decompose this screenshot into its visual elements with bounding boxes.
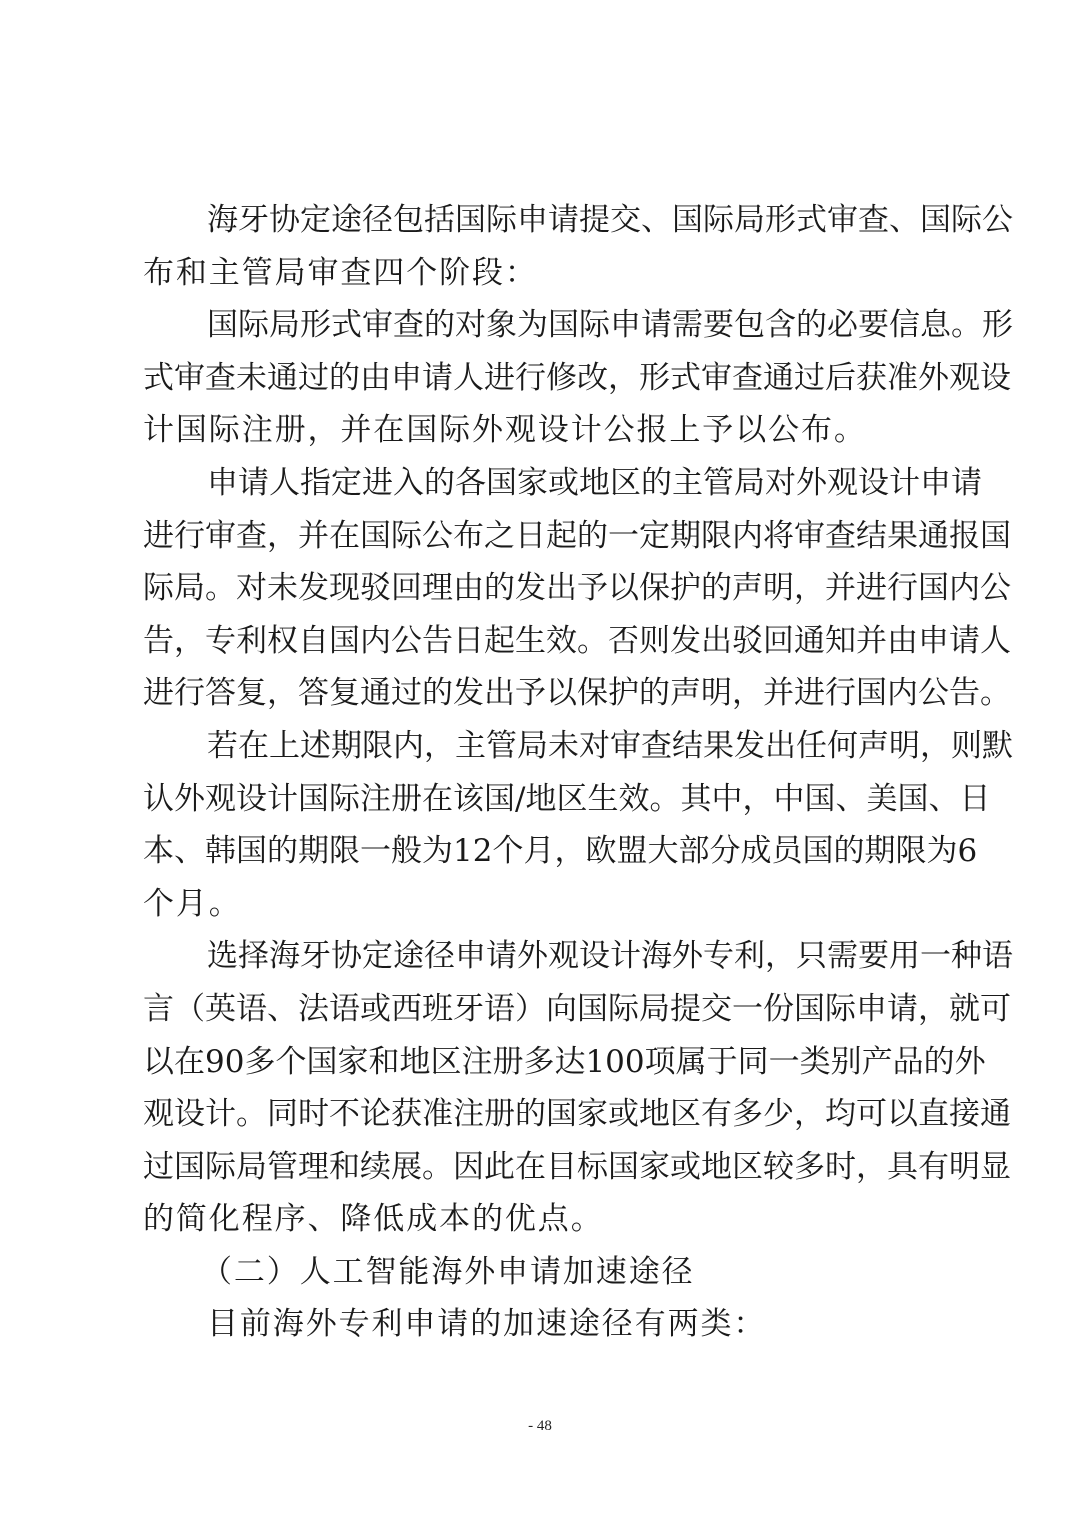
paragraph: 国际局形式审查的对象为国际申请需要包含的必要信息。形 式审查未通过的由申请人进行… (143, 299, 945, 457)
text-line: 计国际注册，并在国际外观设计公报上予以公布。 (143, 404, 945, 457)
text-line: 言（英语、法语或西班牙语）向国际局提交一份国际申请，就可 (143, 983, 945, 1036)
paragraph: 申请人指定进入的各国家或地区的主管局对外观设计申请 进行审查，并在国际公布之日起… (143, 457, 945, 720)
text-line: 告，专利权自国内公告日起生效。否则发出驳回通知并由申请人 (143, 615, 945, 668)
text-line: 国际局形式审查的对象为国际申请需要包含的必要信息。形 (143, 299, 945, 352)
text-line: 进行审查，并在国际公布之日起的一定期限内将审查结果通报国 (143, 510, 945, 563)
document-page: 海牙协定途径包括国际申请提交、国际局形式审查、国际公 布和主管局审查四个阶段： … (143, 194, 945, 1351)
page-number: - 48 (0, 1418, 1080, 1435)
text-line: 目前海外专利申请的加速途径有两类： (143, 1298, 945, 1351)
text-line: 式审查未通过的由申请人进行修改，形式审查通过后获准外观设 (143, 352, 945, 405)
text-line: 选择海牙协定途径申请外观设计海外专利，只需要用一种语 (143, 930, 945, 983)
text-line: 认外观设计国际注册在该国/地区生效。其中，中国、美国、日 (143, 773, 945, 826)
text-line: 过国际局管理和续展。因此在目标国家或地区较多时，具有明显 (143, 1141, 945, 1194)
paragraph: 若在上述期限内，主管局未对审查结果发出任何声明，则默 认外观设计国际注册在该国/… (143, 720, 945, 930)
text-line: 观设计。同时不论获准注册的国家或地区有多少，均可以直接通 (143, 1088, 945, 1141)
text-line: 个月。 (143, 878, 945, 931)
text-line: 布和主管局审查四个阶段： (143, 247, 945, 300)
text-line: 的简化程序、降低成本的优点。 (143, 1193, 945, 1246)
text-line: 以在90多个国家和地区注册多达100项属于同一类别产品的外 (143, 1036, 945, 1089)
text-line: 海牙协定途径包括国际申请提交、国际局形式审查、国际公 (143, 194, 945, 247)
text-line: 本、韩国的期限一般为12个月，欧盟大部分成员国的期限为6 (143, 825, 945, 878)
paragraph: 选择海牙协定途径申请外观设计海外专利，只需要用一种语 言（英语、法语或西班牙语）… (143, 930, 945, 1246)
text-line: 进行答复，答复通过的发出予以保护的声明，并进行国内公告。 (143, 667, 945, 720)
paragraph: 海牙协定途径包括国际申请提交、国际局形式审查、国际公 布和主管局审查四个阶段： (143, 194, 945, 299)
text-line: 申请人指定进入的各国家或地区的主管局对外观设计申请 (143, 457, 945, 510)
text-line: 若在上述期限内，主管局未对审查结果发出任何声明，则默 (143, 720, 945, 773)
section-heading: （二）人工智能海外申请加速途径 (143, 1246, 945, 1299)
text-line: 际局。对未发现驳回理由的发出予以保护的声明，并进行国内公 (143, 562, 945, 615)
